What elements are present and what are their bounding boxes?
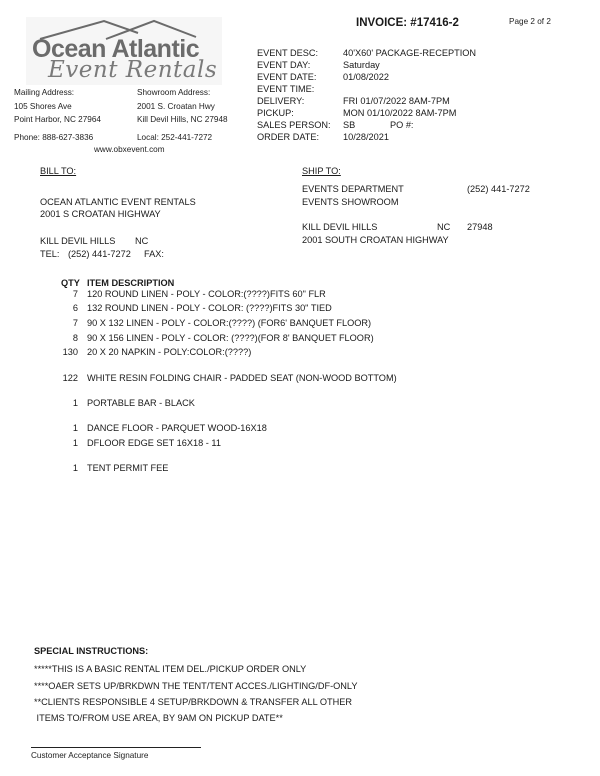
ship-to-name: EVENTS DEPARTMENT [302, 184, 404, 194]
bill-to-name: OCEAN ATLANTIC EVENT RENTALS [40, 197, 196, 207]
special-instructions-heading: SPECIAL INSTRUCTIONS: [34, 646, 148, 656]
order-date-value: 10/28/2021 [343, 132, 389, 142]
ship-to-city: KILL DEVIL HILLS [302, 222, 377, 232]
item-description: DFLOOR EDGE SET 16X18 - 11 [87, 438, 221, 448]
sales-person-label: SALES PERSON: [257, 120, 331, 130]
ship-to-street: 2001 SOUTH CROATAN HIGHWAY [302, 235, 449, 245]
special-instruction-line: **CLIENTS RESPONSIBLE 4 SETUP/BRKDOWN & … [34, 697, 352, 707]
company-website: www.obxevent.com [94, 145, 165, 154]
item-qty: 8 [54, 333, 78, 343]
company-phone: Phone: 888-627-3836 [14, 133, 93, 142]
item-description: 132 ROUND LINEN - POLY - COLOR: (????)FI… [87, 303, 332, 313]
bill-to-tel: (252) 441-7272 [68, 249, 131, 259]
item-qty: 1 [54, 438, 78, 448]
item-qty: 6 [54, 303, 78, 313]
ship-to-state: NC [437, 222, 450, 232]
ship-to-phone: (252) 441-7272 [467, 184, 530, 194]
event-day-value: Saturday [343, 60, 380, 70]
item-description: WHITE RESIN FOLDING CHAIR - PADDED SEAT … [87, 373, 397, 383]
company-logo: Ocean Atlantic Event Rentals [26, 17, 222, 85]
item-qty: 130 [54, 347, 78, 357]
delivery-label: DELIVERY: [257, 96, 304, 106]
bill-to-tel-label: TEL: [40, 249, 59, 259]
item-description: PORTABLE BAR - BLACK [87, 398, 195, 408]
bill-to-heading: BILL TO: [40, 166, 76, 176]
pickup-label: PICKUP: [257, 108, 294, 118]
logo-text-event-rentals: Event Rentals [48, 57, 217, 83]
item-qty: 122 [54, 373, 78, 383]
mailing-city: Point Harbor, NC 27964 [14, 115, 101, 124]
item-description: 20 X 20 NAPKIN - POLY:COLOR:(????) [87, 347, 251, 357]
page-indicator: Page 2 of 2 [509, 17, 551, 26]
ship-to-location: EVENTS SHOWROOM [302, 197, 398, 207]
description-column-header: ITEM DESCRIPTION [87, 278, 174, 288]
event-desc-label: EVENT DESC: [257, 48, 318, 58]
signature-label: Customer Acceptance Signature [31, 751, 148, 760]
invoice-number: INVOICE: #17416-2 [356, 17, 459, 29]
ship-to-zip: 27948 [467, 222, 493, 232]
event-desc-value: 40'X60' PACKAGE-RECEPTION [343, 48, 476, 58]
item-description: TENT PERMIT FEE [87, 463, 168, 473]
order-date-label: ORDER DATE: [257, 132, 319, 142]
signature-line [31, 747, 201, 748]
special-instruction-line: *****THIS IS A BASIC RENTAL ITEM DEL./PI… [34, 664, 306, 674]
pickup-value: MON 01/10/2022 8AM-7PM [343, 108, 456, 118]
event-day-label: EVENT DAY: [257, 60, 310, 70]
event-time-label: EVENT TIME: [257, 84, 314, 94]
showroom-address-label: Showroom Address: [137, 88, 210, 97]
bill-to-city: KILL DEVIL HILLS [40, 236, 115, 246]
po-label: PO #: [390, 120, 414, 130]
item-qty: 7 [54, 318, 78, 328]
item-qty: 7 [54, 289, 78, 299]
item-qty: 1 [54, 423, 78, 433]
mailing-street: 105 Shores Ave [14, 102, 72, 111]
special-instruction-line: ITEMS TO/FROM USE AREA, BY 9AM ON PICKUP… [34, 713, 283, 723]
bill-to-street: 2001 S CROATAN HIGHWAY [40, 209, 161, 219]
item-qty: 1 [54, 463, 78, 473]
item-description: 120 ROUND LINEN - POLY - COLOR:(????)FIT… [87, 289, 326, 299]
delivery-value: FRI 01/07/2022 8AM-7PM [343, 96, 450, 106]
item-description: 90 X 132 LINEN - POLY - COLOR:(????) (FO… [87, 318, 371, 328]
showroom-city: Kill Devil Hills, NC 27948 [137, 115, 228, 124]
item-qty: 1 [54, 398, 78, 408]
event-date-value: 01/08/2022 [343, 72, 389, 82]
qty-column-header: QTY [61, 278, 80, 288]
special-instruction-line: ****OAER SETS UP/BRKDWN THE TENT/TENT AC… [34, 681, 358, 691]
showroom-street: 2001 S. Croatan Hwy [137, 102, 215, 111]
ship-to-heading: SHIP TO: [302, 166, 341, 176]
event-date-label: EVENT DATE: [257, 72, 316, 82]
company-local-phone: Local: 252-441-7272 [137, 133, 212, 142]
mailing-address-label: Mailing Address: [14, 88, 74, 97]
bill-to-fax-label: FAX: [144, 249, 164, 259]
sales-person-value: SB [343, 120, 355, 130]
item-description: 90 X 156 LINEN - POLY - COLOR: (????)(FO… [87, 333, 374, 343]
item-description: DANCE FLOOR - PARQUET WOOD-16X18 [87, 423, 267, 433]
bill-to-state: NC [135, 236, 148, 246]
